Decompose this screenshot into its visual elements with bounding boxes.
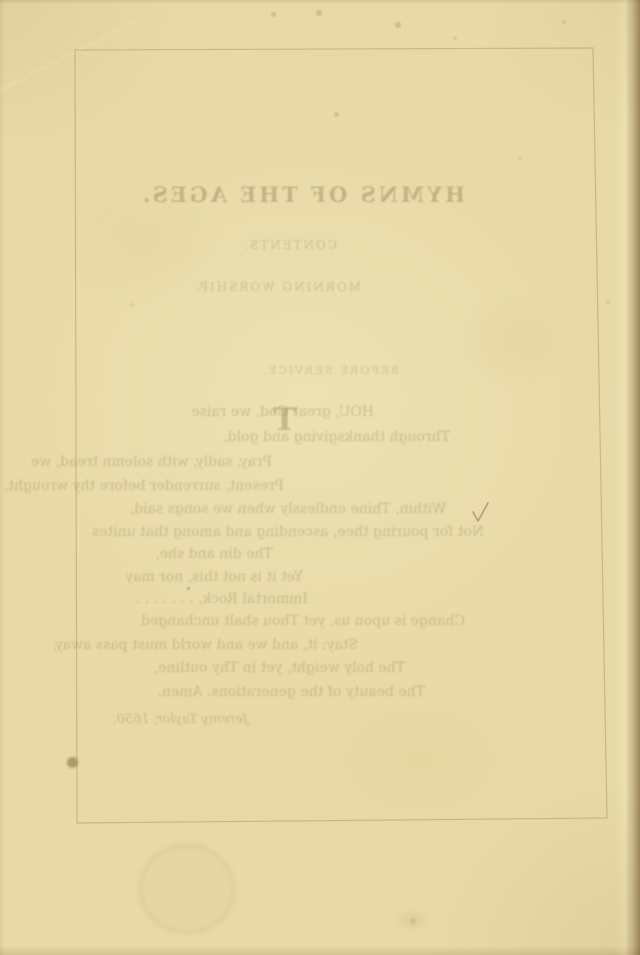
bleed-verse-line: Through thanksgiving and gold, — [298, 429, 450, 445]
foxing-speck — [606, 300, 610, 304]
bleed-subtitle-1: CONTENTS. — [253, 238, 337, 252]
bleed-verse-line: The holy weight, yet in Thy outline, — [195, 660, 405, 676]
foxing-speck — [453, 36, 457, 40]
foxing-speck — [187, 587, 190, 590]
bleed-subtitle-2: MORNING WORSHIP. — [243, 280, 361, 294]
bleed-verse-line: Yet it is not this, nor may — [157, 569, 303, 585]
ornament-rule — [307, 327, 349, 329]
bleed-title: HYMNS OF THE AGES. — [180, 182, 465, 207]
scanned-book-page: HYMNS OF THE AGES. CONTENTS. MORNING WOR… — [0, 0, 640, 955]
bleed-verse-line: Not for pouring thee, ascending and amon… — [84, 524, 492, 540]
foxing-speck — [518, 156, 522, 160]
foxing-speck — [316, 10, 322, 16]
foxing-speck — [334, 112, 339, 117]
bleed-verse-line: Present, surrender before thy wrought, — [102, 478, 284, 494]
foxing-speck — [271, 12, 276, 17]
foxing-speck — [130, 303, 134, 307]
foxing-speck — [395, 22, 401, 28]
bleed-verse-line: HOU, great God, we raise — [292, 404, 374, 420]
bleed-attribution: Jeremy Taylor, 1650. — [118, 712, 248, 727]
bleed-verse-line: Stay; it, and we and world must pass awa… — [136, 637, 358, 653]
ring-water-stain — [138, 843, 236, 935]
pen-tick-mark — [473, 503, 488, 521]
bleed-verse-line: The beauty of the generations. Amen. — [195, 684, 425, 700]
bleed-verse-line: Within, Thine endlessly when we songs sa… — [112, 501, 464, 517]
bleed-verse-line: The din and she, — [151, 546, 277, 562]
foxing-speck — [562, 20, 566, 24]
foxing-speck — [410, 918, 416, 924]
ink-spot-stain — [67, 757, 78, 768]
bleed-verse-line: Change is upon us, yet Thou shalt unchan… — [118, 613, 488, 629]
bleed-verse-line: Immortal Rock, . . . . . . . — [146, 591, 308, 607]
bleed-verse-line: Pray, sadly, with solemn tread, we — [136, 454, 272, 470]
bleed-section-heading: BEFORE SERVICE. — [256, 364, 404, 377]
